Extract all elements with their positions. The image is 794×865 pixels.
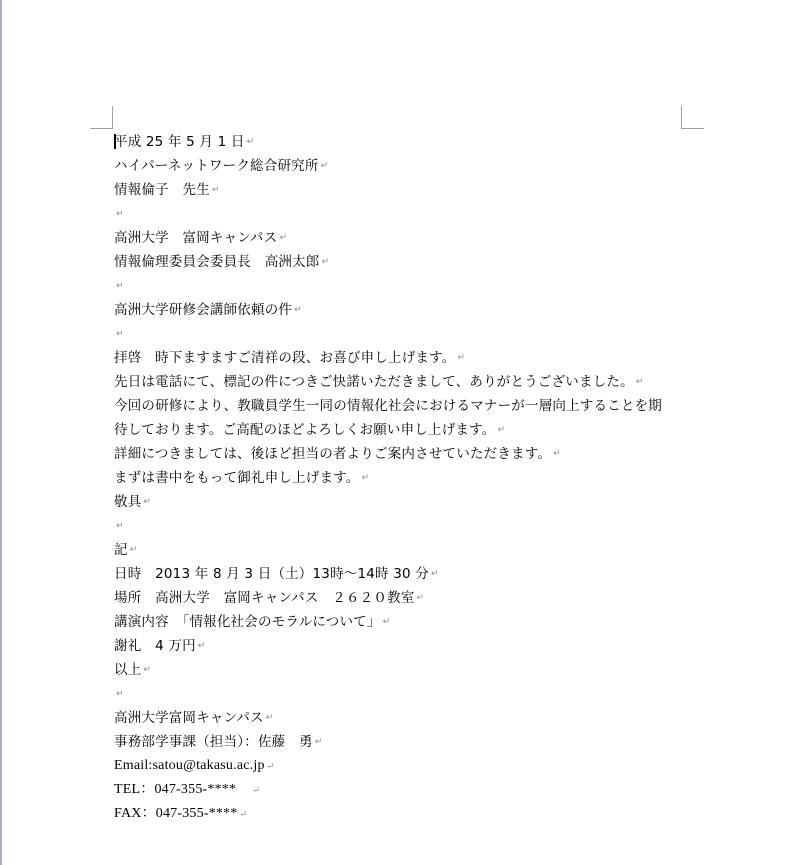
paragraph-mark-icon: ↵ (416, 593, 424, 603)
margin-corner-mark-top-left (90, 106, 113, 129)
paragraph-mark-icon: ↵ (636, 377, 644, 387)
paragraph-mark-icon: ↵ (383, 617, 391, 627)
line-contact-org[interactable]: 高洲大学富岡キャンパス↵ (114, 706, 689, 730)
paragraph-mark-icon: ↵ (116, 329, 124, 339)
paragraph-mark-icon: ↵ (116, 209, 124, 219)
line-body-thanks[interactable]: 先日は電話にて、標記の件につきご快諾いただきまして、ありがとうございました。↵ (114, 370, 689, 394)
paragraph-mark-icon: ↵ (116, 521, 124, 531)
paragraph-mark-icon: ↵ (457, 353, 465, 363)
line-blank[interactable]: ↵ (114, 682, 689, 706)
line-contact-email[interactable]: Email:satou@takasu.ac.jp↵ (114, 754, 689, 778)
line-sender-org[interactable]: 高洲大学 富岡キャンパス↵ (114, 226, 689, 250)
line-sender-name[interactable]: 情報倫理委員会委員長 高洲太郎↵ (114, 250, 689, 274)
paragraph-mark-icon: ↵ (266, 713, 274, 723)
line-subject[interactable]: 高洲大学研修会講師依頼の件↵ (114, 298, 689, 322)
line-contact-fax[interactable]: FAX：047-355-****↵ (114, 802, 689, 826)
line-recipient-name[interactable]: 情報倫子 先生↵ (114, 178, 689, 202)
paragraph-mark-icon: ↵ (116, 281, 124, 291)
line-detail-place[interactable]: 場所 高洲大学 富岡キャンパス ２６２０教室↵ (114, 586, 689, 610)
paragraph-mark-icon: ↵ (198, 641, 206, 651)
line-keigu[interactable]: 敬具↵ (114, 490, 689, 514)
line-blank[interactable]: ↵ (114, 274, 689, 298)
paragraph-mark-icon: ↵ (362, 473, 370, 483)
paragraph-mark-icon: ↵ (212, 185, 220, 195)
line-ki[interactable]: 記↵ (114, 538, 689, 562)
line-blank[interactable]: ↵ (114, 202, 689, 226)
paragraph-mark-icon: ↵ (279, 233, 287, 243)
line-blank[interactable]: ↵ (114, 514, 689, 538)
paragraph-mark-icon: ↵ (553, 449, 561, 459)
paragraph-mark-icon: ↵ (321, 161, 329, 171)
line-ijou[interactable]: 以上↵ (114, 658, 689, 682)
line-contact-person[interactable]: 事務部学事課（担当）：佐藤 勇↵ (114, 730, 689, 754)
paragraph-mark-icon: ↵ (267, 761, 275, 771)
paragraph-mark-icon: ↵ (130, 545, 138, 555)
line-body-expectation-cont[interactable]: 待しております。ご高配のほどよろしくお願い申し上げます。↵ (114, 418, 689, 442)
line-body-greeting[interactable]: 拝啓 時下ますますご清祥の段、お喜び申し上げます。↵ (114, 346, 689, 370)
line-detail-fee[interactable]: 謝礼 4 万円↵ (114, 634, 689, 658)
line-body-expectation[interactable]: 今回の研修により、教職員学生一同の情報化社会におけるマナーが一層向上することを期 (114, 394, 689, 418)
line-blank[interactable]: ↵ (114, 322, 689, 346)
line-recipient-org[interactable]: ハイパーネットワーク総合研究所↵ (114, 154, 689, 178)
paragraph-mark-icon: ↵ (143, 497, 151, 507)
page-left-edge (0, 0, 2, 865)
paragraph-mark-icon: ↵ (431, 569, 439, 579)
paragraph-mark-icon: ↵ (240, 809, 248, 819)
paragraph-mark-icon: ↵ (322, 257, 330, 267)
line-body-closing[interactable]: まずは書中をもって御礼申し上げます。↵ (114, 466, 689, 490)
line-contact-tel[interactable]: TEL：047-355-**** ↵ (114, 778, 689, 802)
text-cursor (114, 134, 116, 149)
paragraph-mark-icon: ↵ (497, 425, 505, 435)
paragraph-mark-icon: ↵ (116, 689, 124, 699)
paragraph-mark-icon: ↵ (315, 737, 323, 747)
paragraph-mark-icon: ↵ (294, 305, 302, 315)
line-date[interactable]: 平成 25 年 5 月 1 日↵ (114, 130, 689, 154)
document-body[interactable]: 平成 25 年 5 月 1 日↵ ハイパーネットワーク総合研究所↵ 情報倫子 先… (114, 130, 689, 826)
paragraph-mark-icon: ↵ (252, 785, 260, 795)
paragraph-mark-icon: ↵ (143, 665, 151, 675)
paragraph-mark-icon: ↵ (247, 137, 255, 147)
line-detail-topic[interactable]: 講演内容 「情報化社会のモラルについて」↵ (114, 610, 689, 634)
line-detail-datetime[interactable]: 日時 2013 年 8 月 3 日（土）13時～14時 30 分↵ (114, 562, 689, 586)
margin-corner-mark-top-right (681, 106, 704, 129)
line-body-details[interactable]: 詳細につきましては、後ほど担当の者よりご案内させていただきます。↵ (114, 442, 689, 466)
